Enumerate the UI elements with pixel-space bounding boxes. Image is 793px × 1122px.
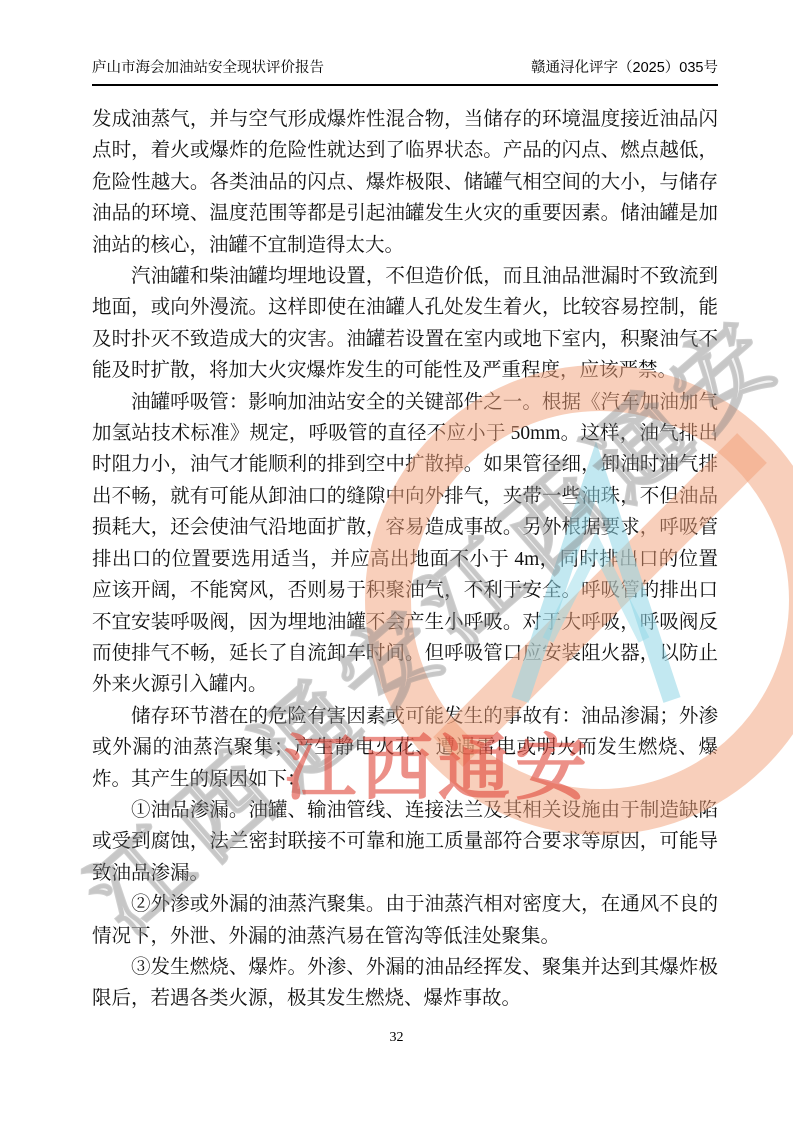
header-divider-line (92, 84, 718, 86)
header-report-title: 庐山市海会加油站安全现状评价报告 (92, 58, 324, 78)
page-number: 32 (0, 1030, 793, 1046)
header-document-number: 赣通浔化评字（2025）035号 (531, 58, 718, 78)
paragraph-tank-burial: 汽油罐和柴油罐均埋地设置，不但造价低，而且油品泄漏时不致流到地面，或向外漫流。这… (92, 261, 718, 387)
paragraph-breather-pipe: 油罐呼吸管：影响加油站安全的关键部件之一。根据《汽车加油加气加氢站技术标准》规定… (92, 387, 718, 701)
paragraph-item-1-leakage: ①油品渗漏。油罐、输油管线、连接法兰及其相关设施由于制造缺陷或受到腐蚀，法兰密封… (92, 795, 718, 889)
paragraph-item-3-explosion: ③发生燃烧、爆炸。外渗、外漏的油品经挥发、聚集并达到其爆炸极限后，若遇各类火源，… (92, 952, 718, 1015)
paragraph-storage-hazards: 储存环节潜在的危险有害因素或可能发生的事故有：油品渗漏；外渗或外漏的油蒸汽聚集；… (92, 701, 718, 795)
paragraph-item-2-vapor: ②外渗或外漏的油蒸汽聚集。由于油蒸汽相对密度大，在通风不良的情况下，外泄、外漏的… (92, 889, 718, 952)
body-text-block: 发成油蒸气，并与空气形成爆炸性混合物，当储存的环境温度接近油品闪点时，着火或爆炸… (92, 104, 718, 1015)
document-page: 庐山市海会加油站安全现状评价报告 赣通浔化评字（2025）035号 发成油蒸气，… (0, 0, 793, 1122)
page-header: 庐山市海会加油站安全现状评价报告 赣通浔化评字（2025）035号 (92, 58, 718, 78)
paragraph-continuation: 发成油蒸气，并与空气形成爆炸性混合物，当储存的环境温度接近油品闪点时，着火或爆炸… (92, 104, 718, 261)
